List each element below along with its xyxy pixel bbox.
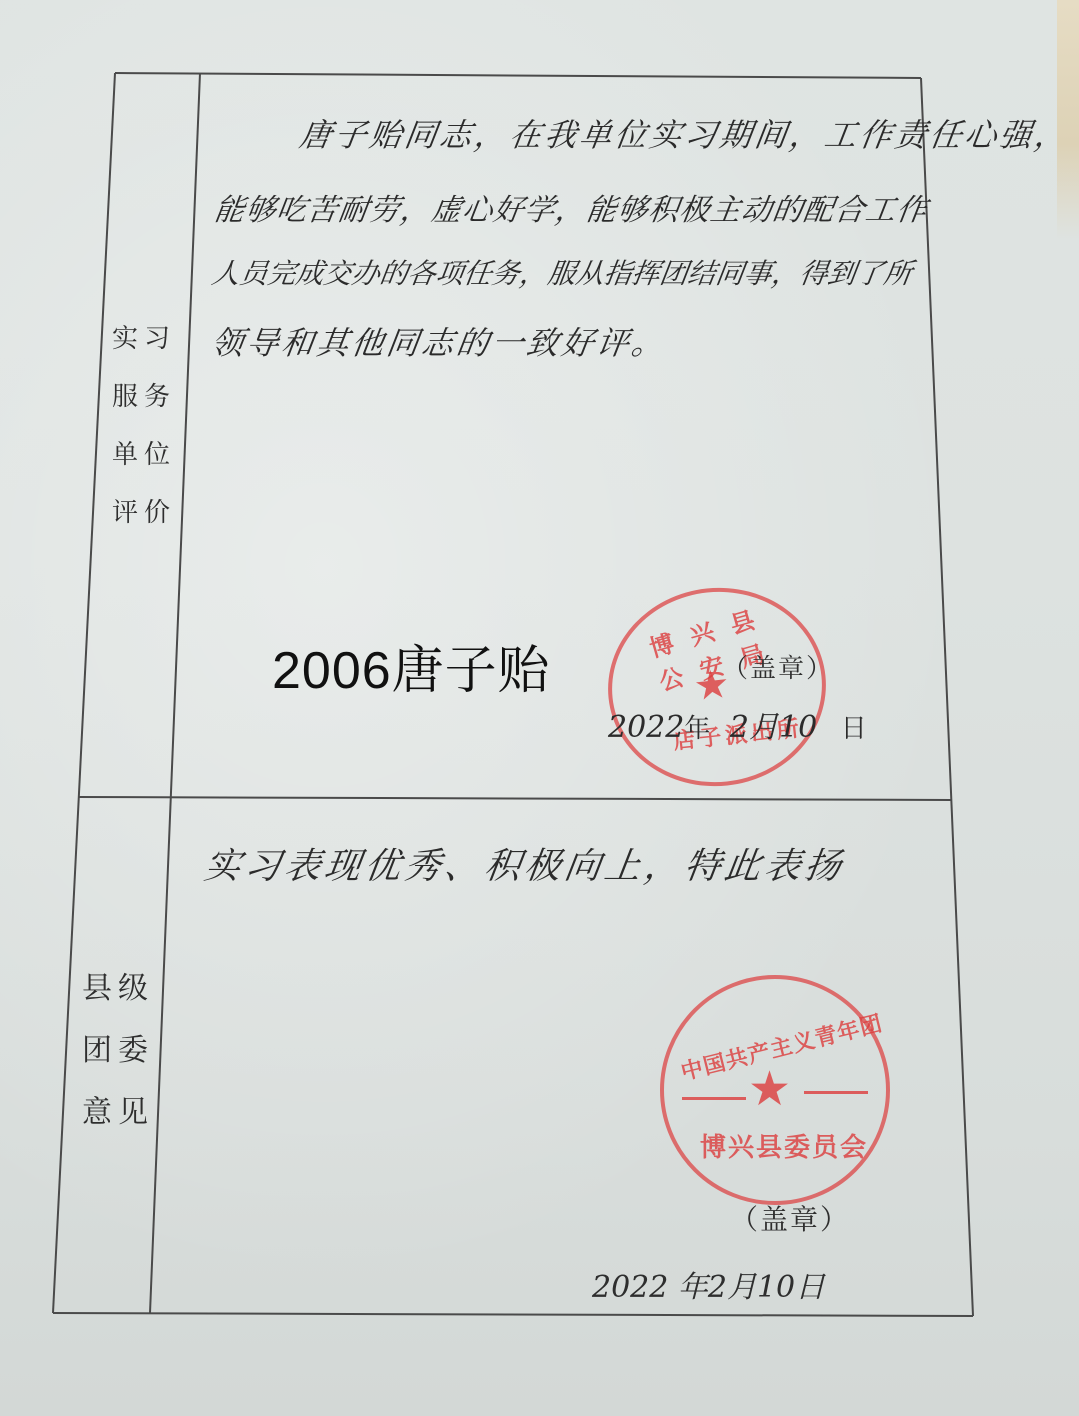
date-day-suffix: 日 — [841, 714, 867, 744]
committee-opinion: 实习表现优秀、积极向上，特此表扬 — [201, 838, 848, 889]
section1-date: 2022年 2月10 日 — [608, 702, 867, 746]
evaluation-line: 能够吃苦耐劳，虚心好学，能够积极主动的配合工作 — [212, 185, 931, 229]
seal-note: （盖章） — [722, 648, 834, 685]
label-line: 单位 — [112, 426, 176, 484]
section1-label: 实习 服务 单位 评价 — [112, 310, 176, 542]
label-line: 县级 — [82, 958, 154, 1020]
label-line: 服务 — [112, 368, 176, 426]
stamp-rule-right — [804, 1091, 868, 1094]
label-line: 评价 — [112, 484, 176, 542]
date-year: 2022 — [608, 710, 684, 745]
youth-league-stamp: 中国共产主义青年团 ★ 博兴县委员会 — [660, 975, 890, 1205]
section2-date: 2022 年2月10日 — [592, 1262, 825, 1306]
stamp-bottom-text: 博兴县委员会 — [700, 1127, 868, 1164]
evaluation-line: 人员完成交办的各项任务，服从指挥团结同事，得到了所 — [209, 252, 915, 292]
label-line: 意见 — [82, 1082, 154, 1144]
date-year-suffix: 年 — [684, 714, 710, 744]
label-line: 团委 — [82, 1020, 154, 1082]
date-month: 2月 — [730, 710, 779, 745]
stamp-rule-left — [682, 1097, 746, 1100]
label-line: 实习 — [112, 310, 176, 368]
seal-note: （盖章） — [730, 1198, 850, 1238]
evaluation-line: 领导和其他同志的一致好评。 — [209, 318, 670, 364]
date-day: 10 — [779, 710, 817, 745]
evaluation-line: 唐子贻同志，在我单位实习期间，工作责任心强， — [297, 110, 1073, 156]
overlay-caption: 2006唐子贻 — [272, 628, 551, 703]
star-icon: ★ — [748, 1061, 791, 1117]
section2-label: 县级 团委 意见 — [82, 958, 154, 1144]
